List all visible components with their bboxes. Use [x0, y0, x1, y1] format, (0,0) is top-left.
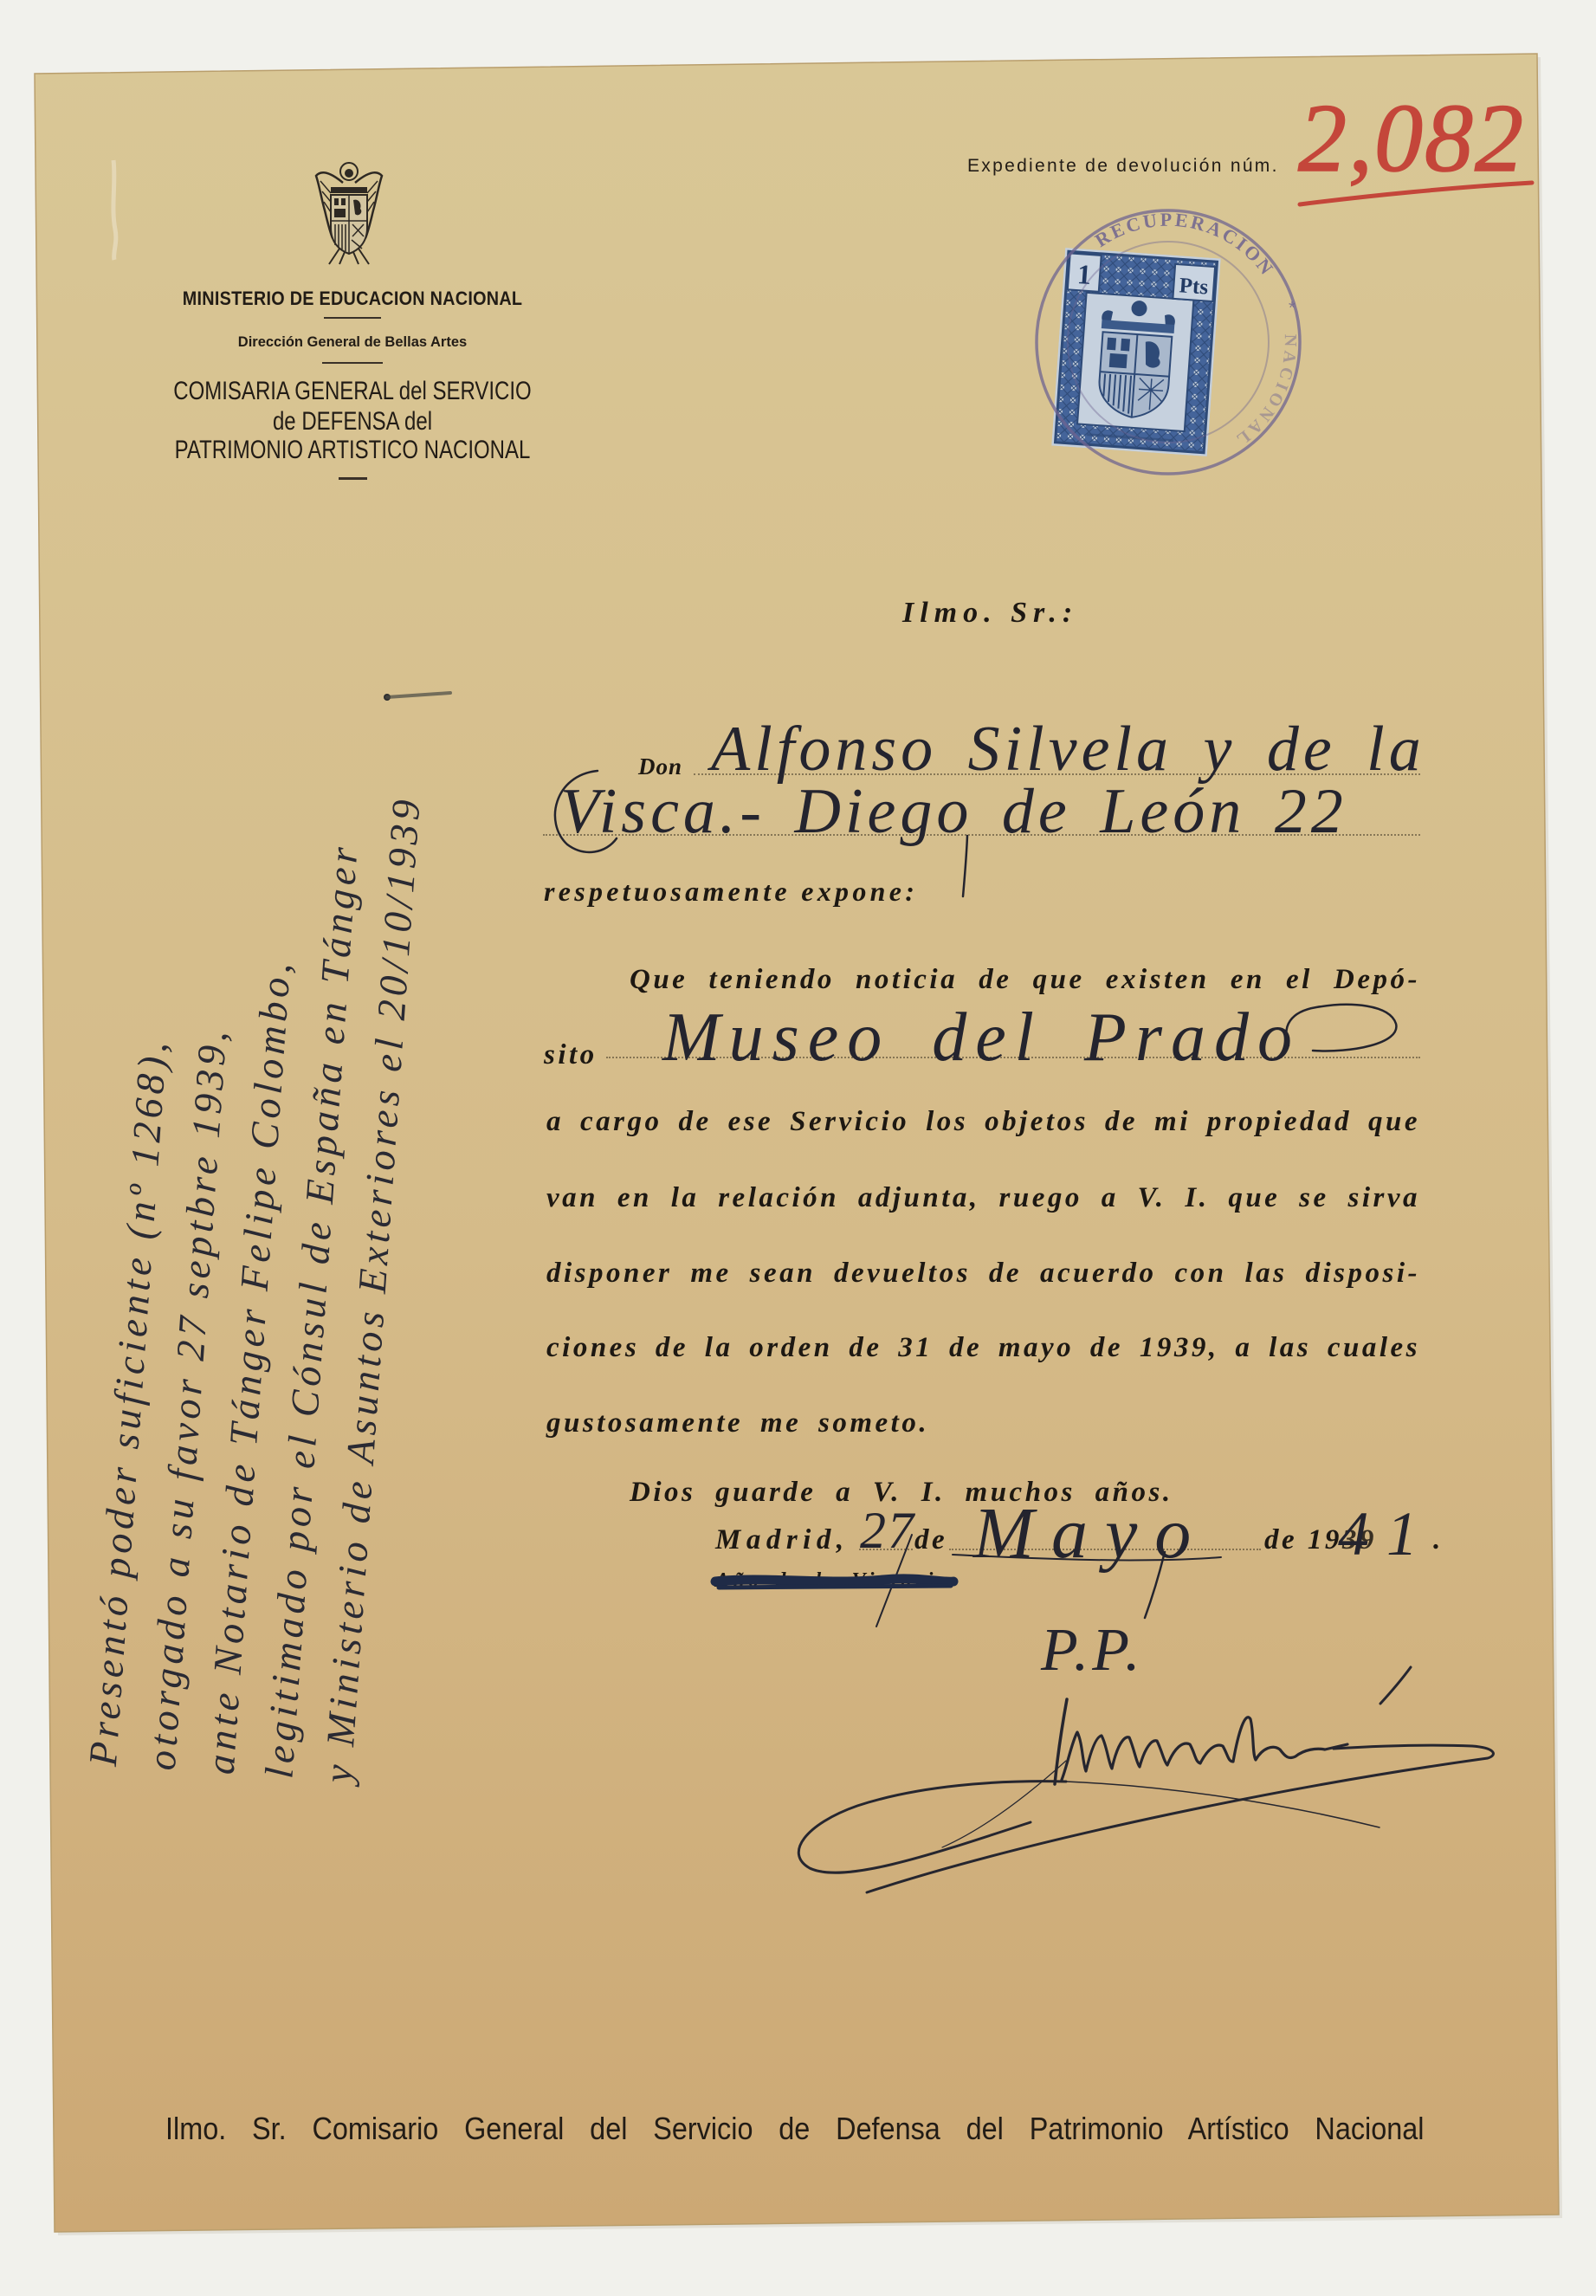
divider-rule	[322, 362, 383, 364]
svg-text:RECUPERACION: RECUPERACION	[1091, 209, 1279, 281]
body-line: disponer me sean devueltos de acuerdo co…	[546, 1259, 1420, 1288]
file-number-label: Expediente de devolución núm.	[967, 157, 1279, 175]
body-opening-line: Que teniendo noticia de que existen en e…	[630, 966, 1420, 994]
body-line: ciones de la orden de 31 de mayo de 1939…	[546, 1334, 1420, 1362]
commission-line-2: de DEFENSA del	[70, 409, 634, 435]
date-month-handwritten: Mayo	[973, 1497, 1208, 1570]
directorate-name: Dirección General de Bellas Artes	[0, 335, 705, 350]
commission-line-1: COMISARIA GENERAL del SERVICIO	[70, 378, 634, 404]
body-line: gustosamente me someto.	[546, 1409, 929, 1438]
body-line: van en la relación adjunta, ruego a V. I…	[546, 1184, 1420, 1213]
divider-rule	[324, 317, 381, 319]
per-procuration-mark: P.P.	[1041, 1620, 1143, 1681]
salutation: Ilmo. Sr.:	[902, 598, 1078, 628]
applicant-name-handwritten: Alfonso Silvela y de la	[711, 717, 1425, 781]
date-period: .	[1433, 1526, 1444, 1555]
commission-line-3: PATRIMONIO ARTISTICO NACIONAL	[70, 437, 634, 463]
seal-star-icon: *	[1289, 299, 1296, 318]
addressee-footer: Ilmo. Sr. Comisario General del Servicio…	[165, 2113, 1425, 2144]
applicant-address-handwritten: Visca.- Diego de León 22	[560, 779, 1347, 844]
divider-rule-thick	[339, 477, 367, 480]
deposit-handwritten: Museo del Prado	[662, 1003, 1301, 1072]
ministry-name: MINISTERIO DE EDUCACION NACIONAL	[36, 289, 670, 308]
date-place: Madrid,	[715, 1526, 850, 1555]
date-year-prefix: de 19	[1264, 1524, 1342, 1555]
seal-top-text: RECUPERACION	[1091, 209, 1279, 281]
date-de-label: de	[914, 1526, 947, 1555]
struck-motto: Año de la Victoria	[715, 1570, 951, 1591]
deposit-label: sito	[544, 1041, 598, 1070]
body-line: a cargo de ese Servicio los objetos de m…	[546, 1108, 1420, 1136]
file-number-value: 2,082	[1298, 90, 1525, 187]
date-day-handwritten: 27	[860, 1504, 915, 1556]
recovery-seal: RECUPERACION NACIONAL *	[1031, 204, 1308, 482]
coat-of-arms-icon	[313, 158, 384, 266]
applicant-prefix: Don	[638, 755, 682, 779]
expone-label: respetuosamente expone:	[544, 877, 918, 905]
date-year-handwritten: 41	[1338, 1503, 1435, 1565]
